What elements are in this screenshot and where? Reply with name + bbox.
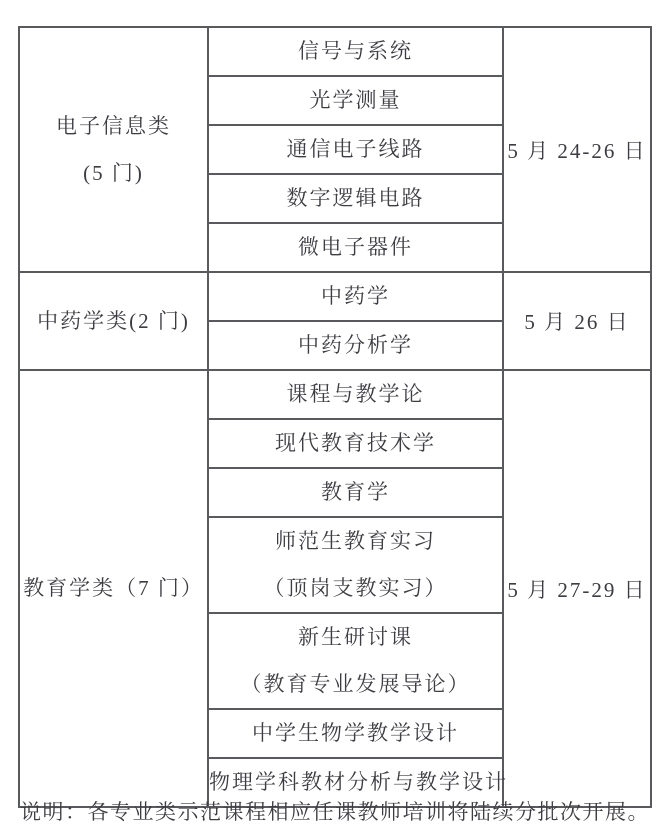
date-cell: 5 月 24-26 日 bbox=[503, 27, 651, 272]
course-name-line2: （顶岗支教实习） bbox=[209, 565, 502, 612]
course-cell: 数字逻辑电路 bbox=[208, 174, 503, 223]
course-name: 数字逻辑电路 bbox=[209, 175, 502, 222]
course-cell: 通信电子线路 bbox=[208, 125, 503, 174]
course-cell: 光学测量 bbox=[208, 76, 503, 125]
table-row: 中药学类(2 门) 中药学 5 月 26 日 bbox=[19, 272, 651, 321]
note-text: 说明：各专业类示范课程相应任课教师培训将陆续分批次开展。 bbox=[20, 796, 650, 826]
category-name: 教育学类（7 门） bbox=[20, 565, 207, 612]
scanned-document-page: 电子信息类 (5 门) 信号与系统 5 月 24-26 日 光学测量 通信电子线… bbox=[0, 0, 661, 839]
course-cell: 课程与教学论 bbox=[208, 370, 503, 419]
course-cell: 中药学 bbox=[208, 272, 503, 321]
course-name: 中药分析学 bbox=[209, 322, 502, 369]
course-cell: 师范生教育实习 （顶岗支教实习） bbox=[208, 517, 503, 613]
table-row: 电子信息类 (5 门) 信号与系统 5 月 24-26 日 bbox=[19, 27, 651, 76]
course-name: 教育学 bbox=[209, 469, 502, 516]
course-name: 中学生物学教学设计 bbox=[209, 710, 502, 757]
course-cell: 现代教育技术学 bbox=[208, 419, 503, 468]
course-name: 现代教育技术学 bbox=[209, 420, 502, 467]
course-name: 课程与教学论 bbox=[209, 371, 502, 418]
course-cell: 信号与系统 bbox=[208, 27, 503, 76]
course-name: 中药学 bbox=[209, 273, 502, 320]
category-name: 电子信息类 bbox=[20, 103, 207, 150]
category-cell-education: 教育学类（7 门） bbox=[19, 370, 208, 807]
category-name: 中药学类(2 门) bbox=[20, 298, 207, 345]
course-name: 光学测量 bbox=[209, 77, 502, 124]
date-cell: 5 月 27-29 日 bbox=[503, 370, 651, 807]
course-cell: 新生研讨课 （教育专业发展导论） bbox=[208, 613, 503, 709]
course-cell: 中药分析学 bbox=[208, 321, 503, 370]
course-name: 通信电子线路 bbox=[209, 126, 502, 173]
course-name: 微电子器件 bbox=[209, 224, 502, 271]
category-cell-tcm: 中药学类(2 门) bbox=[19, 272, 208, 370]
course-schedule-table: 电子信息类 (5 门) 信号与系统 5 月 24-26 日 光学测量 通信电子线… bbox=[18, 26, 652, 808]
course-name-line1: 师范生教育实习 bbox=[209, 518, 502, 565]
table-row: 教育学类（7 门） 课程与教学论 5 月 27-29 日 bbox=[19, 370, 651, 419]
course-cell: 中学生物学教学设计 bbox=[208, 709, 503, 758]
date-cell: 5 月 26 日 bbox=[503, 272, 651, 370]
category-cell-electronics: 电子信息类 (5 门) bbox=[19, 27, 208, 272]
course-name: 信号与系统 bbox=[209, 28, 502, 75]
course-name-line2: （教育专业发展导论） bbox=[209, 661, 502, 708]
course-name-line1: 新生研讨课 bbox=[209, 614, 502, 661]
course-cell: 微电子器件 bbox=[208, 223, 503, 272]
category-count: (5 门) bbox=[20, 150, 207, 197]
course-cell: 教育学 bbox=[208, 468, 503, 517]
